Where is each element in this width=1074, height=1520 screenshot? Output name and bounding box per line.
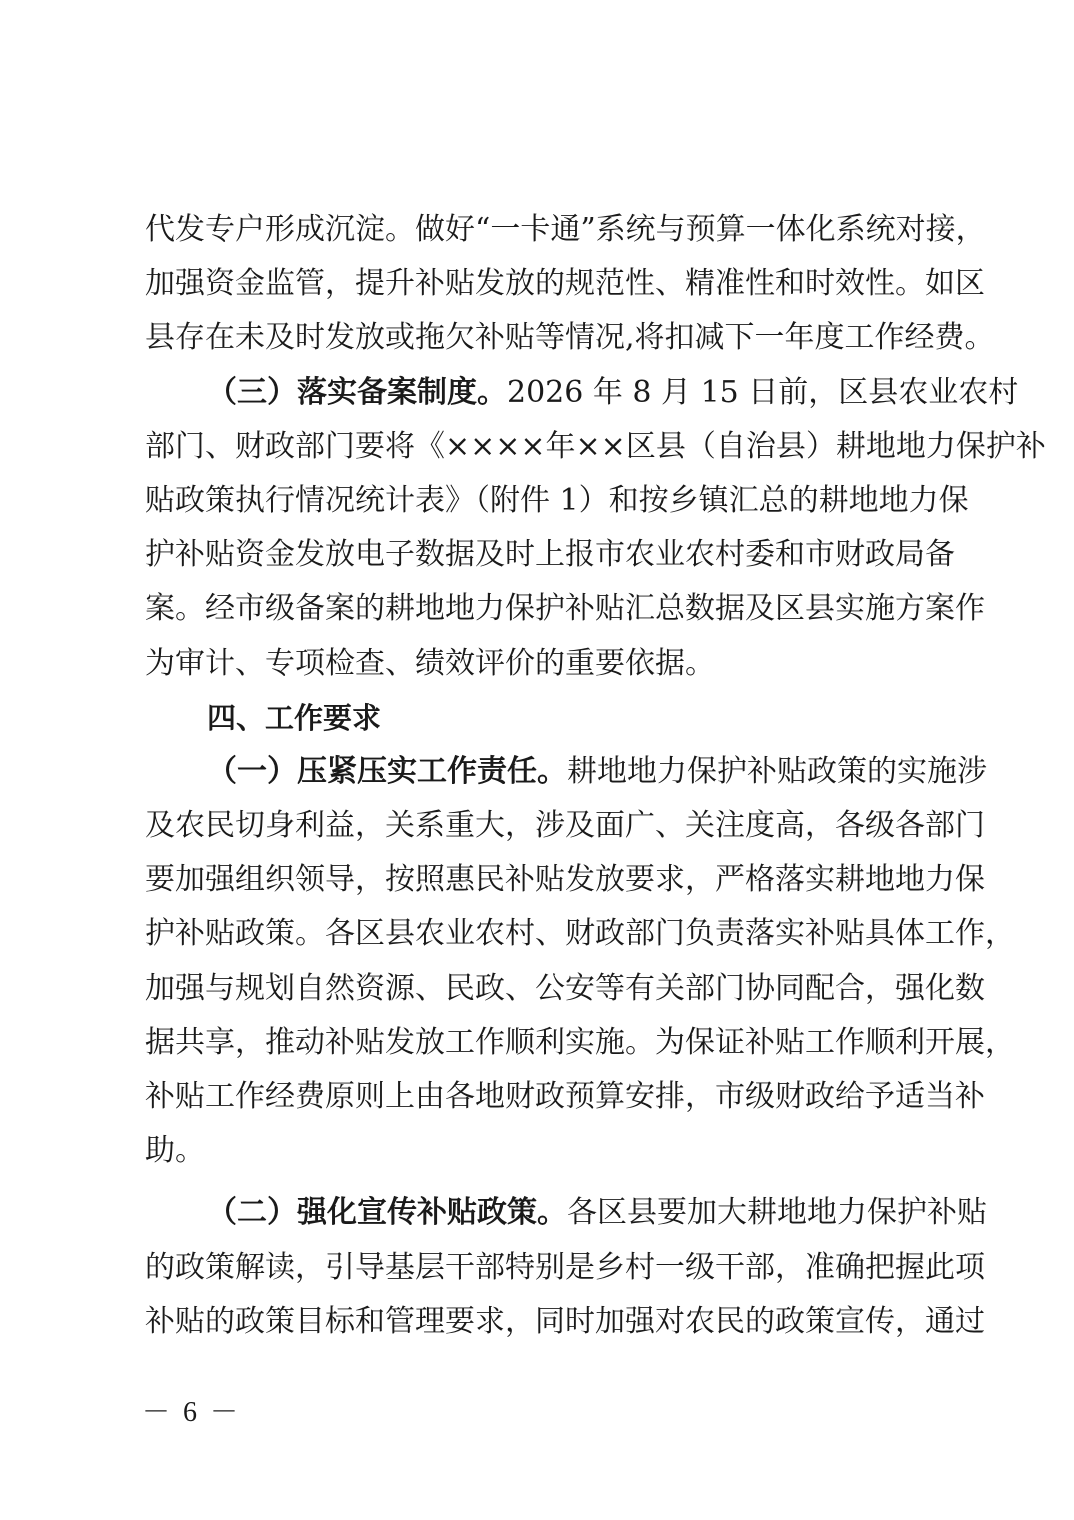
text-line: 加强与规划自然资源、民政、公安等有关部门协同配合，强化数 bbox=[145, 962, 945, 1016]
text-line: 为审计、专项检查、绩效评价的重要依据。 bbox=[145, 637, 945, 691]
text-line: 代发专户形成沉淀。做好“一卡通”系统与预算一体化系统对接， bbox=[145, 203, 945, 257]
text-line: 护补贴政策。各区县农业农村、财政部门负责落实补贴具体工作， bbox=[145, 907, 945, 961]
subsection-title: （一）压紧压实工作责任。 bbox=[207, 754, 567, 789]
paragraph-filing-system: （三）落实备案制度。2026 年 8 月 15 日前，区县农业农村 部门、财政部… bbox=[145, 366, 945, 691]
text-line: 案。经市级备案的耕地地力保护补贴汇总数据及区县实施方案作 bbox=[145, 582, 945, 636]
text-line: 据共享，推动补贴发放工作顺利实施。为保证补贴工作顺利开展， bbox=[145, 1016, 945, 1070]
text-line: 部门、财政部门要将《××××年××区县（自治县）耕地地力保护补 bbox=[145, 420, 945, 474]
paragraph-gap bbox=[145, 1178, 945, 1186]
paragraph-responsibility: （一）压紧压实工作责任。耕地地力保护补贴政策的实施涉 及农民切身利益，关系重大，… bbox=[145, 745, 945, 1179]
section-heading: 四、工作要求 bbox=[145, 691, 945, 745]
subsection-title: （三）落实备案制度。 bbox=[207, 375, 507, 410]
page-number: － 6 － bbox=[142, 1390, 238, 1430]
text-line: 及农民切身利益，关系重大，涉及面广、关注度高，各级各部门 bbox=[145, 799, 945, 853]
text-line: （二）强化宣传补贴政策。各区县要加大耕地地力保护补贴 bbox=[145, 1186, 945, 1240]
text-line: 加强资金监管，提升补贴发放的规范性、精准性和时效性。如区 bbox=[145, 257, 945, 311]
text-line: 补贴工作经费原则上由各地财政预算安排，市级财政给予适当补 bbox=[145, 1070, 945, 1124]
text-line: （一）压紧压实工作责任。耕地地力保护补贴政策的实施涉 bbox=[145, 745, 945, 799]
document-body: 代发专户形成沉淀。做好“一卡通”系统与预算一体化系统对接， 加强资金监管，提升补… bbox=[145, 203, 945, 1349]
text-line: 补贴的政策目标和管理要求，同时加强对农民的政策宣传，通过 bbox=[145, 1295, 945, 1349]
text-line: 护补贴资金发放电子数据及时上报市农业农村委和市财政局备 bbox=[145, 528, 945, 582]
paragraph-continuation: 代发专户形成沉淀。做好“一卡通”系统与预算一体化系统对接， 加强资金监管，提升补… bbox=[145, 203, 945, 366]
text-line: 贴政策执行情况统计表》（附件 1）和按乡镇汇总的耕地地力保 bbox=[145, 474, 945, 528]
text-line: 县存在未及时发放或拖欠补贴等情况,将扣减下一年度工作经费。 bbox=[145, 311, 945, 365]
text-line: 要加强组织领导，按照惠民补贴发放要求，严格落实耕地地力保 bbox=[145, 853, 945, 907]
document-page: 代发专户形成沉淀。做好“一卡通”系统与预算一体化系统对接， 加强资金监管，提升补… bbox=[0, 0, 1074, 1520]
text-line: （三）落实备案制度。2026 年 8 月 15 日前，区县农业农村 bbox=[145, 366, 945, 420]
text-line: 的政策解读，引导基层干部特别是乡村一级干部，准确把握此项 bbox=[145, 1241, 945, 1295]
paragraph-publicity: （二）强化宣传补贴政策。各区县要加大耕地地力保护补贴 的政策解读，引导基层干部特… bbox=[145, 1186, 945, 1349]
text-line: 助。 bbox=[145, 1124, 945, 1178]
subsection-title: （二）强化宣传补贴政策。 bbox=[207, 1195, 567, 1230]
